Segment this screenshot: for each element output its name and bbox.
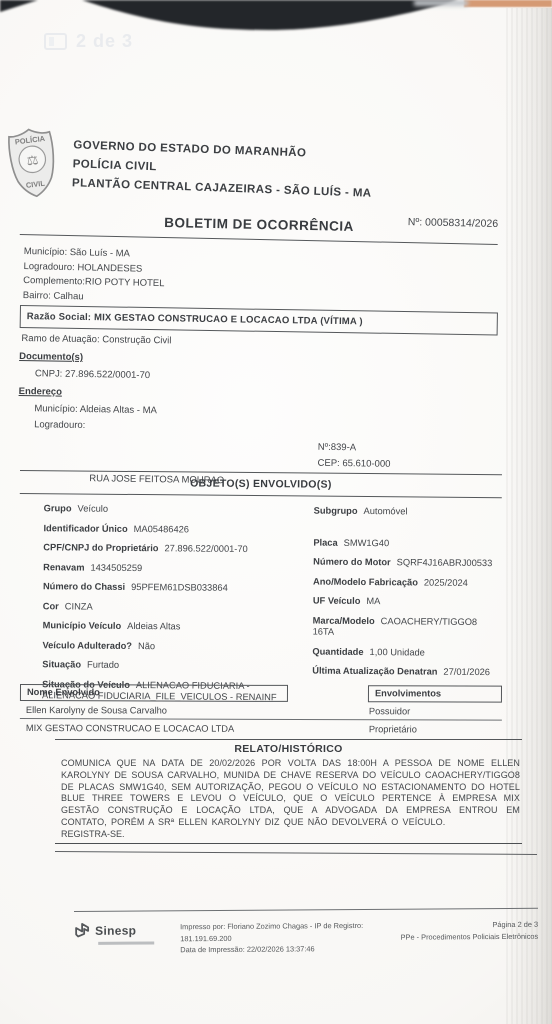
field-label: Número do Chassi <box>43 581 125 592</box>
report-footer: Sinesp Impresso por: Floriano Zozimo Cha… <box>74 908 538 957</box>
envolvido-nome: Ellen Karolyny de Sousa Carvalho <box>26 705 362 716</box>
occurrence-location: Município: São Luís - MA Logradouro: HOL… <box>23 245 444 313</box>
sinesp-logo-text: Sinesp <box>95 924 136 938</box>
field-label: Situação <box>42 659 81 669</box>
envolvido-nome: MIX GESTAO CONSTRUCAO E LOCACAO LTDA <box>26 723 362 734</box>
field-row: Última Atualização Denatran27/01/2026 <box>312 666 500 679</box>
government-header: GOVERNO DO ESTADO DO MARANHÃO POLÍCIA CI… <box>71 128 373 210</box>
footer-row: Sinesp Impresso por: Floriano Zozimo Cha… <box>74 917 538 957</box>
relato-section-title: RELATO/HISTÓRICO <box>55 739 522 757</box>
field-label: Município Veículo <box>43 620 122 631</box>
field-label: Quantidade <box>312 646 363 656</box>
envolvido-papel: Proprietário <box>362 724 496 734</box>
field-row: UF VeículoMA <box>313 596 501 609</box>
field-value: 1434505259 <box>90 562 142 572</box>
relato-text: COMUNICA QUE NA DATA DE 20/02/2026 POR V… <box>55 757 522 829</box>
field-row: SituaçãoFurtado <box>42 659 298 673</box>
field-row: Ano/Modelo Fabricação2025/2024 <box>313 576 501 589</box>
report-number: Nº: 00058314/2026 <box>408 216 498 230</box>
field-cnpj: CNPJ: 27.896.522/0001-70 <box>19 367 497 388</box>
field-row: Renavam1434505259 <box>43 562 299 576</box>
table-row: MIX GESTAO CONSTRUCAO E LOCACAO LTDA Pro… <box>20 719 502 738</box>
field-value: 2025/2024 <box>424 577 468 587</box>
field-row: Número do MotorSQRF4J16ABRJ00533 <box>313 557 501 570</box>
field-label: Grupo <box>44 503 72 513</box>
field-row: SubgrupoAutomóvel <box>314 506 502 519</box>
field-label: Ano/Modelo Fabricação <box>313 576 418 587</box>
nome-envolvido-header: Nome Envolvido <box>20 684 288 702</box>
field-label: Veículo Adulterado? <box>42 640 132 651</box>
field-value: MA05486426 <box>134 523 189 533</box>
objeto-right-column: SubgrupoAutomóvel PlacaSMW1G40 Número do… <box>298 505 502 713</box>
viewer-page-indicator: 2 de 3 <box>44 31 133 52</box>
system-name: PPe - Procedimentos Policiais Eletrônico… <box>386 930 538 943</box>
field-value: Aldeias Altas <box>127 621 180 631</box>
field-value: 27/01/2026 <box>443 667 490 677</box>
sinesp-logo-tagline <box>98 941 154 944</box>
field-value: MA <box>366 596 380 606</box>
objeto-columns: GrupoVeículo Identificador ÚnicoMA054864… <box>18 494 502 714</box>
envolvimentos-header: Envolvimentos <box>368 685 502 702</box>
relato-bottom-rule <box>55 843 522 844</box>
field-row: Marca/ModeloCAOACHERY/TIGGO8 16TA <box>313 615 501 640</box>
victim-section: Razão Social: MIX GESTAO CONSTRUCAO E LO… <box>17 305 498 497</box>
page-number: Página 2 de 3 <box>386 919 538 932</box>
sinesp-logo: Sinesp <box>74 919 180 945</box>
field-value: 95PFEM61DSB033864 <box>131 582 228 593</box>
page-indicator-label: 2 de 3 <box>76 31 133 52</box>
print-info: Impresso por: Floriano Zozimo Chagas - I… <box>180 918 386 956</box>
field-ramo-atuacao: Ramo de Atuação: Construção Civil <box>19 332 497 353</box>
relato-closing: REGISTRA-SE. <box>55 829 522 841</box>
field-label: Placa <box>313 537 337 547</box>
field-label: UF Veículo <box>313 596 361 606</box>
field-value: SQRF4J16ABRJ00533 <box>397 557 493 568</box>
svg-text:⚖: ⚖ <box>26 152 40 168</box>
field-row: Município VeículoAldeias Altas <box>43 620 299 634</box>
photo-smudge-artifact <box>414 0 468 6</box>
field-value: CINZA <box>65 601 93 611</box>
field-label: Renavam <box>43 562 84 572</box>
field-row: Veículo Adulterado?Não <box>42 640 298 654</box>
field-label: CPF/CNPJ do Proprietário <box>43 542 158 553</box>
field-value: Veículo <box>78 504 109 514</box>
objeto-section: OBJETO(S) ENVOLVIDO(S) GrupoVeículo Iden… <box>18 470 502 714</box>
field-label: Cor <box>43 601 59 611</box>
field-value: 27.896.522/0001-70 <box>164 543 247 554</box>
table-row: Ellen Karolyny de Sousa Carvalho Possuid… <box>20 701 502 721</box>
footer-rule <box>74 908 538 912</box>
envolvidos-table: Nome Envolvido Envolvimentos Ellen Karol… <box>20 684 502 738</box>
header-spacer <box>288 685 368 702</box>
field-value: SMW1G40 <box>344 537 390 547</box>
field-label: Número do Motor <box>313 557 391 568</box>
sinesp-logo-icon <box>74 923 90 939</box>
relato-section: RELATO/HISTÓRICO COMUNICA QUE NA DATA DE… <box>55 739 522 852</box>
relato-bottom-rule-2 <box>55 851 537 855</box>
policia-civil-badge-icon: ⚖ POLÍCIA CIVIL <box>3 124 63 202</box>
photo-corner-artifact <box>464 0 552 7</box>
objeto-left-column: GrupoVeículo Identificador ÚnicoMA054864… <box>18 503 300 712</box>
field-row: GrupoVeículo <box>44 503 300 517</box>
field-row: Número do Chassi95PFEM61DSB033864 <box>43 581 299 595</box>
field-value: Furtado <box>87 660 119 670</box>
field-label: Última Atualização Denatran <box>312 666 437 677</box>
letterhead: ⚖ POLÍCIA CIVIL GOVERNO DO ESTADO DO MAR… <box>5 126 527 216</box>
field-row: Quantidade1,00 Unidade <box>312 646 500 659</box>
envolvidos-header-row: Nome Envolvido Envolvimentos <box>20 684 502 703</box>
field-value: 1,00 Unidade <box>370 647 425 657</box>
field-label: Marca/Modelo <box>313 615 375 626</box>
field-label: Identificador Único <box>43 523 127 534</box>
field-value: Não <box>138 641 155 651</box>
report-title-bar: BOLETIM DE OCORRÊNCIA Nº: 00058314/2026 <box>20 208 498 245</box>
page-info: Página 2 de 3 PPe - Procedimentos Polici… <box>386 917 538 943</box>
field-row: PlacaSMW1G40 <box>313 537 501 550</box>
field-value: Automóvel <box>364 506 408 516</box>
print-date: Data de Impressão: 22/02/2026 13:37:46 <box>180 943 386 956</box>
printed-by: Impresso por: Floriano Zozimo Chagas - I… <box>180 920 386 944</box>
pages-icon <box>44 33 67 50</box>
field-label: Subgrupo <box>314 506 358 516</box>
field-row: CPF/CNPJ do Proprietário27.896.522/0001-… <box>43 542 299 556</box>
field-row: CorCINZA <box>43 601 299 615</box>
field-row: Identificador ÚnicoMA05486426 <box>43 523 299 537</box>
envolvido-papel: Possuidor <box>362 706 496 716</box>
